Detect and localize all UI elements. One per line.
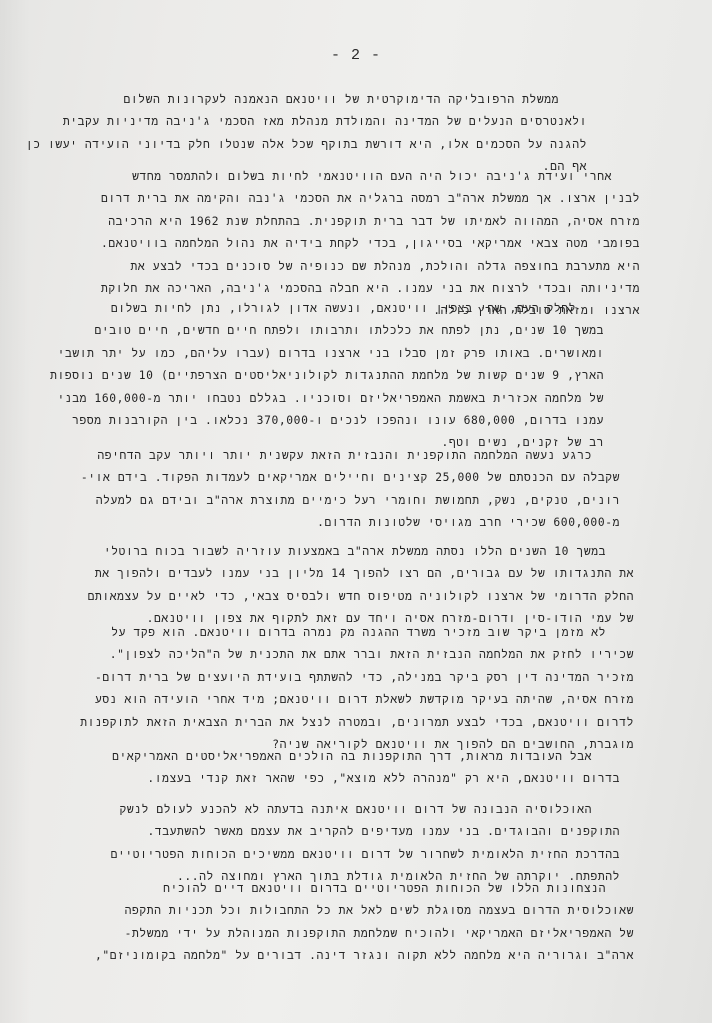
- paragraph-line: ממשלת הרפובליקה הדימוקרטית של וויטנאם הנ…: [26, 89, 587, 111]
- paragraph-line: את התנגדותו של עם גבורים, הם רצו להפוך 1…: [88, 563, 634, 585]
- paragraph-line: בהדרכת החזית הלאומית לשחרור של דרום וויט…: [111, 844, 620, 866]
- paragraph-line: ולאנטרסים הנעלים של המדינה והמולדת מנהלת…: [26, 111, 587, 133]
- paragraph-5: במשך 10 השנים הללו נסתה ממשלת ארה"ב באמצ…: [88, 541, 634, 631]
- paragraph-line: הארץ, 9 שנים קשות של מלחמת ההתנגדות לקול…: [50, 365, 604, 387]
- paragraph-line: ומאושרים. באותו פרק זמן סבלו בני ארצנו ב…: [50, 343, 604, 365]
- paragraph-line: להגנה על הסכמים אלו, היא דורשת בתוקף שכל…: [26, 134, 587, 156]
- paragraph-line: במשך 10 שנים, נתן לפתח את כלכלתו ותרבותו…: [50, 320, 604, 342]
- paragraph-4: כרגע נעשה המלחמה התוקפנית והנבזית הזאת ע…: [81, 445, 620, 535]
- paragraph-line: החלק הדרומי של ארצנו לקולוניה מטיפוס חדש…: [88, 586, 634, 608]
- paragraph-line: שאוכלוסית הדרום בעצמה מסוגלת לשים לאל את…: [95, 900, 634, 922]
- paragraph-9: הנצחונות הללו של הכוחות הפטריוטיים בדרום…: [95, 878, 634, 968]
- paragraph-line: מזרח אסיה, שהיתה בעיקר מוקדשת לשאלת דרום…: [80, 689, 634, 711]
- paragraph-line: מ-600,000 שכירי חרב מגויסי שלטונות הדרום…: [81, 512, 620, 534]
- paragraph-line: שכיריו לחזק את המלחמה הנבזית הזאת וברר א…: [80, 644, 634, 666]
- paragraph-line: לבנין ארצו. אך ממשלת ארה"ב רמסה ברגליה א…: [101, 188, 640, 210]
- paragraph-line: עמנו בדרום, 680,000 עונו ונהפכו לנכים ו-…: [50, 410, 604, 432]
- paragraph-line: התוקפנים והבוגדים. בני עמנו מעדיפים להקר…: [111, 821, 620, 843]
- paragraph-line: בדרום וויטנאם, היא רק "מנהרה ללא מוצא", …: [112, 768, 620, 790]
- paragraph-7: אבל העובדות מראות, דרך התוקפנות בה הולכי…: [112, 746, 620, 791]
- paragraph-line: הנצחונות הללו של הכוחות הפטריוטיים בדרום…: [95, 878, 634, 900]
- paragraph-line: האוכלוסיה הנבונה של דרום וויטנאם איתנה ב…: [111, 799, 620, 821]
- paragraph-line: לדרום וויטנאם, בכדי לבצע תמרונים, ובמטרה…: [80, 712, 634, 734]
- paragraph-line: ארה"ב וגרוריה היא מלחמה ללא תקוה ונגזר ד…: [95, 945, 634, 967]
- paragraph-line: מזכיר המדינה דין רסק ביקר במנילה, כדי לה…: [80, 667, 634, 689]
- paragraph-8: האוכלוסיה הנבונה של דרום וויטנאם איתנה ב…: [111, 799, 620, 889]
- paragraph-3: לחלק העם, שחי בצפון וויטנאם, ונעשה אדון …: [50, 298, 604, 455]
- paragraph-line: היא מתערבת בחוצפה גדלה והולכת, מנהלת שם …: [101, 256, 640, 278]
- paragraph-line: במשך 10 השנים הללו נסתה ממשלת ארה"ב באמצ…: [88, 541, 634, 563]
- paragraph-line: מזרח אסיה, המהווה לאמיתו של דבר ברית תוק…: [101, 211, 640, 233]
- paragraph-line: רונים, טנקים, נשק, תחמושת וחומרי רעל כימ…: [81, 490, 620, 512]
- paragraph-6: לא מזמן ביקר שוב מזכיר משרד ההגנה מק נמר…: [80, 622, 634, 756]
- paragraph-line: אבל העובדות מראות, דרך התוקפנות בה הולכי…: [112, 746, 620, 768]
- paragraph-line: לא מזמן ביקר שוב מזכיר משרד ההגנה מק נמר…: [80, 622, 634, 644]
- paragraph-line: של האמפריאליזם האמריקאי ולהוכיח שמלחמת ה…: [95, 923, 634, 945]
- paragraph-line: שקבלה עם הכנסתם של 25,000 קצינים וחיילים…: [81, 467, 620, 489]
- paragraph-line: בפומבי מטה צבאי אמריקאי בסייגון, בכדי לק…: [101, 233, 640, 255]
- page-number: - 2 -: [0, 47, 712, 64]
- paragraph-line: של מלחמה אכזרית באשמת האמפריאליזם וסוכני…: [50, 388, 604, 410]
- paragraph-line: כרגע נעשה המלחמה התוקפנית והנבזית הזאת ע…: [81, 445, 620, 467]
- document-page: - 2 - ממשלת הרפובליקה הדימוקרטית של וויט…: [0, 0, 712, 1023]
- paragraph-line: אחרי ועידת ג'ניבה יכול היה העם הוויטנאמי…: [101, 166, 640, 188]
- paragraph-line: לחלק העם, שחי בצפון וויטנאם, ונעשה אדון …: [50, 298, 604, 320]
